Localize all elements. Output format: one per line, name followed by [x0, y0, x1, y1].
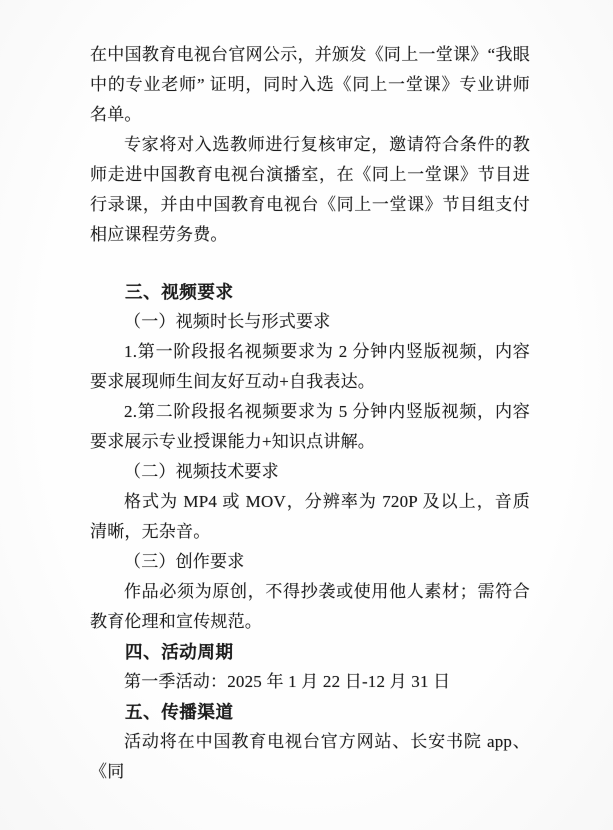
paragraph: 1.第一阶段报名视频要求为 2 分钟内竖版视频，内容要求展现师生间友好互动+自我…: [90, 337, 530, 397]
section-heading: 三、视频要求: [90, 277, 530, 307]
paragraph: （二）视频技术要求: [90, 457, 530, 487]
paragraph: 格式为 MP4 或 MOV，分辨率为 720P 及以上，音质清晰，无杂音。: [90, 487, 530, 547]
section-heading: 四、活动周期: [90, 637, 530, 667]
paragraph: 作品必须为原创，不得抄袭或使用他人素材；需符合教育伦理和宣传规范。: [90, 577, 530, 637]
paragraph: 2.第二阶段报名视频要求为 5 分钟内竖版视频，内容要求展示专业授课能力+知识点…: [90, 397, 530, 457]
document-page: 在中国教育电视台官网公示，并颁发《同上一堂课》“我眼中的专业老师” 证明，同时入…: [0, 0, 613, 830]
paragraph: 活动将在中国教育电视台官方网站、长安书院 app、《同: [90, 727, 530, 787]
paragraph: 第一季活动：2025 年 1 月 22 日-12 月 31 日: [90, 667, 530, 697]
section-heading: 五、传播渠道: [90, 697, 530, 727]
paragraph: 专家将对入选教师进行复核审定，邀请符合条件的教师走进中国教育电视台演播室，在《同…: [90, 130, 530, 250]
paragraph: 在中国教育电视台官网公示，并颁发《同上一堂课》“我眼中的专业老师” 证明，同时入…: [90, 40, 530, 130]
paragraph: （一）视频时长与形式要求: [90, 307, 530, 337]
document-body: 在中国教育电视台官网公示，并颁发《同上一堂课》“我眼中的专业老师” 证明，同时入…: [90, 40, 530, 787]
paragraph: （三）创作要求: [90, 547, 530, 577]
